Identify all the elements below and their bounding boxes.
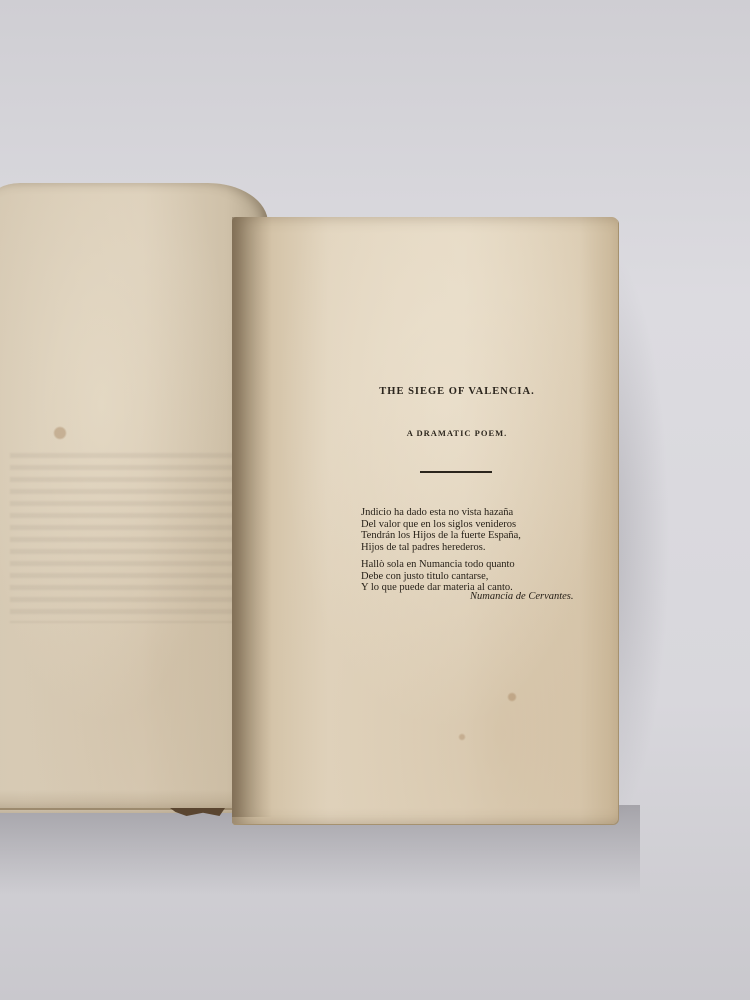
- epigraph-attribution: Numancia de Cervantes.: [470, 591, 574, 602]
- bleed-through-text: [10, 453, 240, 623]
- page-gutter: [232, 217, 272, 817]
- epigraph-stanza-1: Jndicio ha dado esta no vista hazaña Del…: [361, 507, 611, 553]
- epigraph-line: Debe con justo titulo cantarse,: [361, 571, 611, 583]
- title-rule: [420, 471, 492, 473]
- epigraph-stanza-2: Hallò sola en Numancia todo quanto Debe …: [361, 559, 611, 594]
- left-page-stack-edge: [0, 790, 235, 810]
- epigraph-line: Hallò sola en Numancia todo quanto: [361, 559, 611, 571]
- left-page: [0, 183, 268, 813]
- epigraph-line: Jndicio ha dado esta no vista hazaña: [361, 507, 611, 519]
- epigraph-line: Tendrán los Hijos de la fuerte España,: [361, 530, 611, 542]
- photo-scene: THE SIEGE OF VALENCIA. A DRAMATIC POEM. …: [0, 0, 750, 1000]
- epigraph-line: Del valor que en los siglos venideros: [361, 519, 611, 531]
- epigraph: Jndicio ha dado esta no vista hazaña Del…: [361, 507, 611, 600]
- epigraph-line: Hijos de tal padres herederos.: [361, 542, 611, 554]
- book-subtitle: A DRAMATIC POEM.: [372, 428, 542, 438]
- book-title: THE SIEGE OF VALENCIA.: [362, 386, 552, 397]
